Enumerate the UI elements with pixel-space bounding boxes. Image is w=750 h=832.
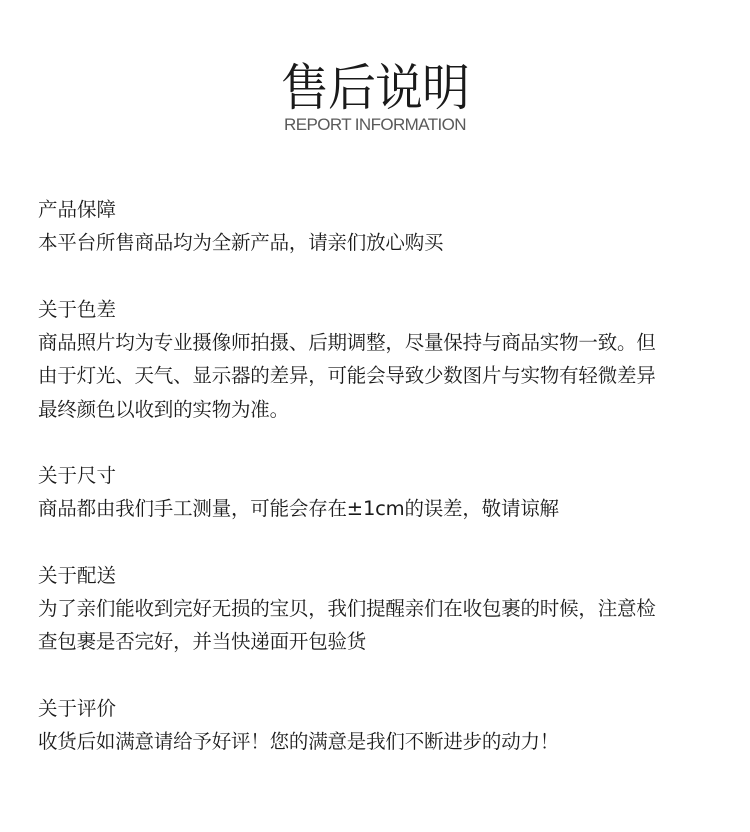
body-line: 最终颜色以收到的实物为准。 — [38, 393, 718, 427]
section-body: 为了亲们能收到完好无损的宝贝，我们提醒亲们在收包裹的时候，注意检 查包裹是否完好… — [38, 592, 718, 659]
section-body: 收货后如满意请给予好评！您的满意是我们不断进步的动力！ — [38, 725, 718, 759]
body-line: 查包裹是否完好，并当快递面开包验货 — [38, 625, 718, 659]
section-delivery: 关于配送 为了亲们能收到完好无损的宝贝，我们提醒亲们在收包裹的时候，注意检 查包… — [38, 559, 718, 659]
body-line: 商品照片均为专业摄像师拍摄、后期调整，尽量保持与商品实物一致。但 — [38, 326, 718, 360]
body-line: 收货后如满意请给予好评！您的满意是我们不断进步的动力！ — [38, 725, 718, 759]
body-line: 本平台所售商品均为全新产品，请亲们放心购买 — [38, 226, 718, 260]
section-body: 本平台所售商品均为全新产品，请亲们放心购买 — [38, 226, 718, 260]
section-size: 关于尺寸 商品都由我们手工测量，可能会存在±1cm的误差，敬请谅解 — [38, 459, 718, 526]
section-body: 商品照片均为专业摄像师拍摄、后期调整，尽量保持与商品实物一致。但 由于灯光、天气… — [38, 326, 718, 427]
section-heading: 关于配送 — [38, 559, 718, 592]
page-header: 售后说明 REPORT INFORMATION — [0, 58, 750, 135]
page-subtitle: REPORT INFORMATION — [0, 115, 750, 135]
section-heading: 关于评价 — [38, 692, 718, 725]
page-title: 售后说明 — [15, 58, 735, 118]
after-sales-sections: 产品保障 本平台所售商品均为全新产品，请亲们放心购买 关于色差 商品照片均为专业… — [38, 193, 718, 791]
body-line: 由于灯光、天气、显示器的差异，可能会导致少数图片与实物有轻微差异 — [38, 359, 718, 393]
section-body: 商品都由我们手工测量，可能会存在±1cm的误差，敬请谅解 — [38, 492, 718, 526]
section-product-guarantee: 产品保障 本平台所售商品均为全新产品，请亲们放心购买 — [38, 193, 718, 260]
section-heading: 关于尺寸 — [38, 459, 718, 492]
section-color-difference: 关于色差 商品照片均为专业摄像师拍摄、后期调整，尽量保持与商品实物一致。但 由于… — [38, 293, 718, 427]
body-line: 为了亲们能收到完好无损的宝贝，我们提醒亲们在收包裹的时候，注意检 — [38, 592, 718, 626]
section-heading: 关于色差 — [38, 293, 718, 326]
section-review: 关于评价 收货后如满意请给予好评！您的满意是我们不断进步的动力！ — [38, 692, 718, 759]
section-heading: 产品保障 — [38, 193, 718, 226]
body-line: 商品都由我们手工测量，可能会存在±1cm的误差，敬请谅解 — [38, 492, 718, 526]
